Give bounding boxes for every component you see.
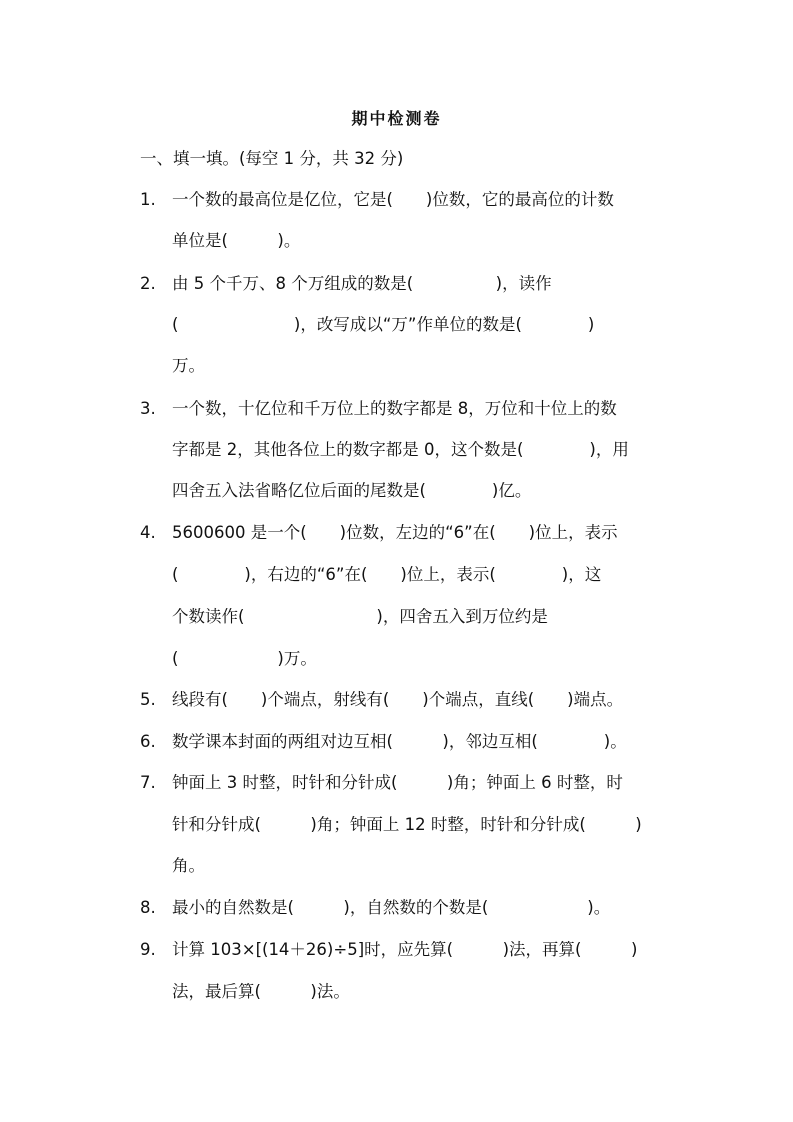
page-title: 期中检测卷: [0, 106, 793, 129]
question-7-line-3: 角。: [172, 855, 205, 877]
question-text: 5600600 是一个( )位数，左边的“6”在( )位上，表示: [172, 523, 618, 542]
question-number: 6.: [140, 731, 172, 753]
question-text: 钟面上 3 时整，时针和分针成( )角；钟面上 6 时整，时: [172, 773, 623, 792]
question-4-line-2: ( )，右边的“6”在( )位上，表示( )，这: [172, 564, 601, 586]
question-1-line-2: 单位是( )。: [172, 230, 300, 252]
question-text: 由 5 个千万、8 个万组成的数是( )，读作: [172, 274, 552, 293]
question-9-line-2: 法，最后算( )法。: [172, 981, 350, 1003]
question-number: 9.: [140, 939, 172, 961]
question-3: 3.一个数，十亿位和千万位上的数字都是 8，万位和十位上的数: [140, 398, 617, 420]
question-number: 5.: [140, 689, 172, 711]
question-number: 4.: [140, 522, 172, 544]
section-heading: 一、填一填。(每空 1 分，共 32 分): [140, 148, 403, 170]
question-2: 2.由 5 个千万、8 个万组成的数是( )，读作: [140, 273, 552, 295]
question-7: 7.钟面上 3 时整，时针和分针成( )角；钟面上 6 时整，时: [140, 772, 623, 794]
question-7-line-2: 针和分针成( )角；钟面上 12 时整，时针和分针成( ): [172, 814, 642, 836]
question-4: 4.5600600 是一个( )位数，左边的“6”在( )位上，表示: [140, 522, 618, 544]
question-4-line-3: 个数读作( )，四舍五入到万位约是: [172, 606, 548, 628]
question-9: 9.计算 103×[(14＋26)÷5]时，应先算( )法，再算( ): [140, 939, 637, 961]
question-number: 1.: [140, 189, 172, 211]
question-text: 线段有( )个端点，射线有( )个端点，直线( )端点。: [172, 690, 623, 709]
question-2-line-3: 万。: [172, 355, 205, 377]
question-2-line-2: ( )，改写成以“万”作单位的数是( ): [172, 314, 594, 336]
question-text: 最小的自然数是( )，自然数的个数是( )。: [172, 898, 610, 917]
question-number: 8.: [140, 897, 172, 919]
question-text: 一个数的最高位是亿位，它是( )位数，它的最高位的计数: [172, 190, 614, 209]
question-6: 6.数学课本封面的两组对边互相( )，邻边互相( )。: [140, 731, 627, 753]
question-text: 一个数，十亿位和千万位上的数字都是 8，万位和十位上的数: [172, 399, 617, 418]
question-number: 3.: [140, 398, 172, 420]
question-text: 数学课本封面的两组对边互相( )，邻边互相( )。: [172, 732, 627, 751]
question-number: 7.: [140, 772, 172, 794]
question-1: 1.一个数的最高位是亿位，它是( )位数，它的最高位的计数: [140, 189, 614, 211]
question-3-line-3: 四舍五入法省略亿位后面的尾数是( )亿。: [172, 480, 531, 502]
question-3-line-2: 字都是 2，其他各位上的数字都是 0，这个数是( )，用: [172, 439, 629, 461]
question-4-line-4: ( )万。: [172, 648, 317, 670]
question-8: 8.最小的自然数是( )，自然数的个数是( )。: [140, 897, 610, 919]
question-5: 5.线段有( )个端点，射线有( )个端点，直线( )端点。: [140, 689, 623, 711]
question-number: 2.: [140, 273, 172, 295]
question-text: 计算 103×[(14＋26)÷5]时，应先算( )法，再算( ): [172, 940, 637, 959]
